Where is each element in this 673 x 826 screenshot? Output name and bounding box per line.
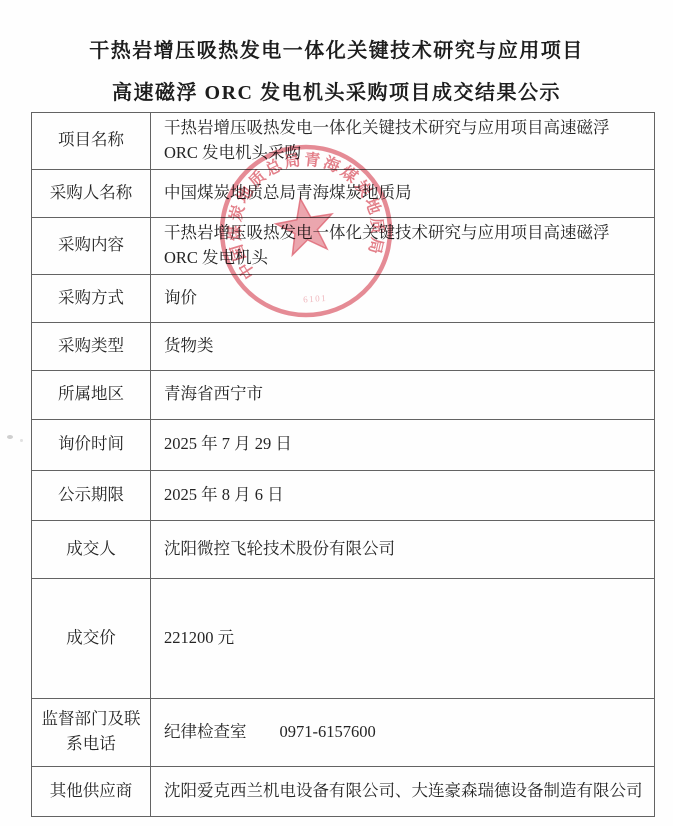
document-title-line1: 干热岩增压吸热发电一体化关键技术研究与应用项目 bbox=[0, 34, 673, 63]
procurement-result-table: 项目名称 干热岩增压吸热发电一体化关键技术研究与应用项目高速磁浮 ORC 发电机… bbox=[31, 112, 655, 817]
row-label: 询价时间 bbox=[32, 419, 151, 470]
table-row: 询价时间 2025 年 7 月 29 日 bbox=[32, 419, 655, 470]
row-label: 成交价 bbox=[32, 578, 151, 698]
row-label: 监督部门及联系电话 bbox=[32, 698, 151, 766]
table-row: 采购内容 干热岩增压吸热发电一体化关键技术研究与应用项目高速磁浮 ORC 发电机… bbox=[32, 217, 655, 274]
row-value: 青海省西宁市 bbox=[151, 370, 655, 419]
table-row: 成交价 221200 元 bbox=[32, 578, 655, 698]
table-row: 公示期限 2025 年 8 月 6 日 bbox=[32, 470, 655, 520]
table-row: 采购类型 货物类 bbox=[32, 322, 655, 370]
row-value: 沈阳微控飞轮技术股份有限公司 bbox=[151, 520, 655, 578]
row-value: 纪律检查室 0971-6157600 bbox=[151, 698, 655, 766]
row-label: 成交人 bbox=[32, 520, 151, 578]
row-value: 沈阳爱克西兰机电设备有限公司、大连豪森瑞德设备制造有限公司 bbox=[151, 766, 655, 816]
row-value: 干热岩增压吸热发电一体化关键技术研究与应用项目高速磁浮 ORC 发电机头采购 bbox=[151, 113, 655, 170]
row-label: 所属地区 bbox=[32, 370, 151, 419]
row-value: 中国煤炭地质总局青海煤炭地质局 bbox=[151, 169, 655, 217]
row-label: 采购内容 bbox=[32, 217, 151, 274]
row-value: 货物类 bbox=[151, 322, 655, 370]
row-value: 2025 年 8 月 6 日 bbox=[151, 470, 655, 520]
document-title-line2: 高速磁浮 ORC 发电机头采购项目成交结果公示 bbox=[0, 76, 673, 105]
table-row: 采购人名称 中国煤炭地质总局青海煤炭地质局 bbox=[32, 169, 655, 217]
row-label: 采购类型 bbox=[32, 322, 151, 370]
table-row: 监督部门及联系电话 纪律检查室 0971-6157600 bbox=[32, 698, 655, 766]
row-label: 项目名称 bbox=[32, 113, 151, 170]
row-label: 采购方式 bbox=[32, 274, 151, 322]
table-row: 项目名称 干热岩增压吸热发电一体化关键技术研究与应用项目高速磁浮 ORC 发电机… bbox=[32, 113, 655, 170]
scan-artifact bbox=[20, 439, 23, 442]
scan-artifact bbox=[7, 435, 13, 439]
row-label: 采购人名称 bbox=[32, 169, 151, 217]
row-value: 2025 年 7 月 29 日 bbox=[151, 419, 655, 470]
document-page: 干热岩增压吸热发电一体化关键技术研究与应用项目 高速磁浮 ORC 发电机头采购项… bbox=[0, 0, 673, 826]
row-value: 询价 bbox=[151, 274, 655, 322]
row-label: 其他供应商 bbox=[32, 766, 151, 816]
row-value: 221200 元 bbox=[151, 578, 655, 698]
table-row: 其他供应商 沈阳爱克西兰机电设备有限公司、大连豪森瑞德设备制造有限公司 bbox=[32, 766, 655, 816]
row-value: 干热岩增压吸热发电一体化关键技术研究与应用项目高速磁浮 ORC 发电机头 bbox=[151, 217, 655, 274]
table-row: 所属地区 青海省西宁市 bbox=[32, 370, 655, 419]
table-row: 采购方式 询价 bbox=[32, 274, 655, 322]
table-row: 成交人 沈阳微控飞轮技术股份有限公司 bbox=[32, 520, 655, 578]
row-label: 公示期限 bbox=[32, 470, 151, 520]
